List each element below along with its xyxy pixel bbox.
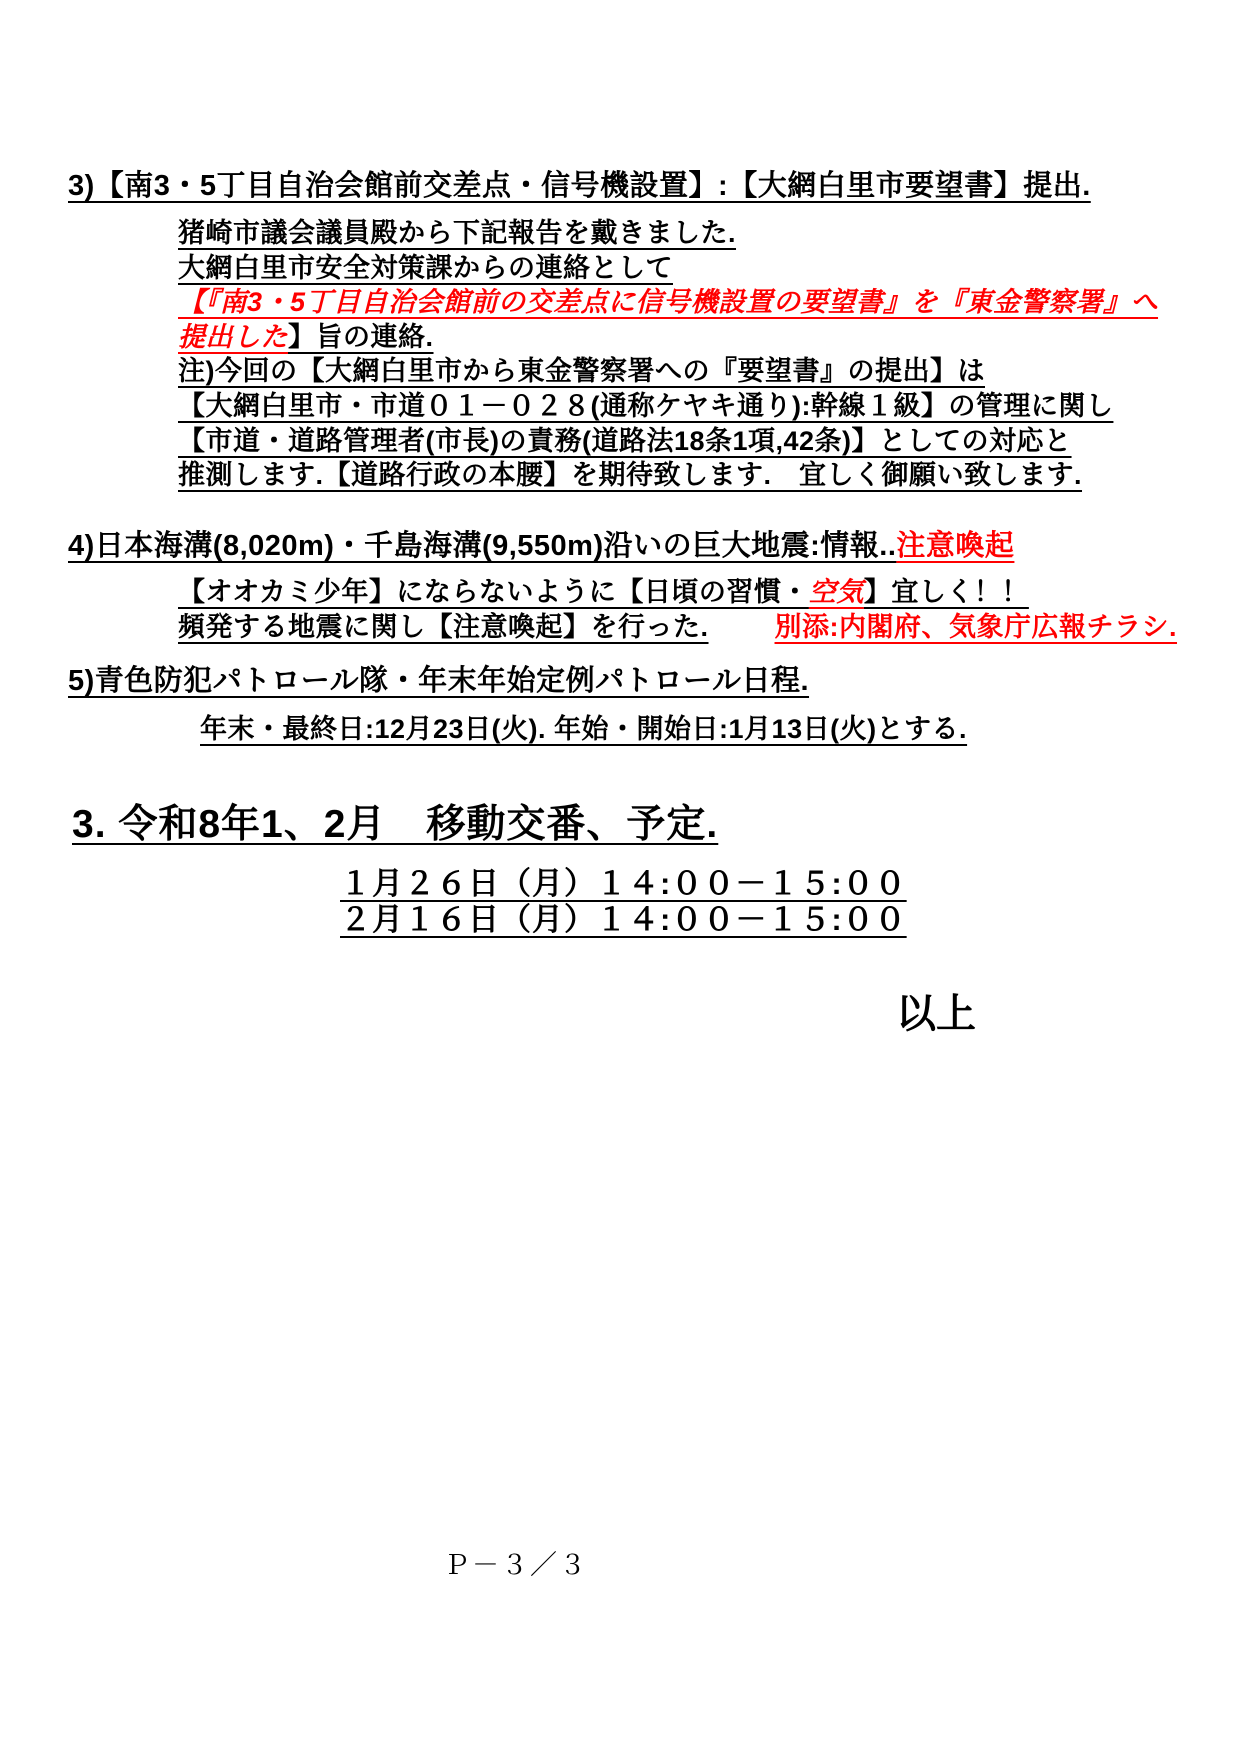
section3-heading-text: 3)【南3・5丁目自治会館前交差点・信号機設置】:【大網白里市要望書】提出.	[68, 170, 1091, 202]
section5-body: 年末・最終日:12月23日(火). 年始・開始日:1月13日(火)とする.	[200, 712, 967, 747]
section3-line-4: 提出した】旨の連絡.	[178, 320, 1158, 355]
schedule-dates: １月２６日（月）１４:００－１５:００ ２月１６日（月）１４:００－１５:００	[340, 866, 907, 938]
red-notice-text-cont: 提出した	[178, 322, 288, 352]
section3-line-5: 注)今回の【大網白里市から東金警察署への『要望書』の提出】は	[178, 354, 1158, 389]
attachment-red-text: 別添:内閣府、気象庁広報チラシ.	[775, 612, 1178, 642]
section4-line-1: 【オオカミ少年】にならないように【日頃の習慣・空気】宜しく！！	[178, 575, 1177, 610]
section-signal-request: 3)【南3・5丁目自治会館前交差点・信号機設置】:【大網白里市要望書】提出. 猪…	[68, 163, 1158, 493]
red-notice-text: 【『南3・5丁目自治会館前の交差点に信号機設置の要望書』を『東金警察署』へ	[178, 287, 1158, 317]
kuuki-red-text: 空気	[809, 577, 864, 607]
alert-red-text: 注意喚起	[896, 530, 1014, 562]
section4-body: 【オオカミ少年】にならないように【日頃の習慣・空気】宜しく！！ 頻発する地震に関…	[178, 575, 1177, 644]
section4-line-2: 頻発する地震に関し【注意喚起】を行った.別添:内閣府、気象庁広報チラシ.	[178, 610, 1177, 645]
schedule-date-2: ２月１６日（月）１４:００－１５:００	[340, 902, 907, 938]
section-patrol-schedule: 5)青色防犯パトロール隊・年末年始定例パトロール日程. 年末・最終日:12月23…	[68, 658, 967, 747]
schedule-heading: 3. 令和8年1、2月 移動交番、予定.	[72, 793, 907, 849]
page-number: Ｐ－３／３	[443, 1543, 588, 1582]
section3-line-8: 推測します.【道路行政の本腰】を期待致します. 宜しく御願い致します.	[178, 458, 1158, 493]
schedule-date-1: １月２６日（月）１４:００－１５:００	[340, 866, 907, 902]
section3-line-6: 【大網白里市・市道０１－０２８(通称ケヤキ通り):幹線１級】の管理に関し	[178, 389, 1158, 424]
section3-body: 猪崎市議会議員殿から下記報告を戴きました. 大網白里市安全対策課からの連絡として…	[178, 216, 1158, 493]
section3-heading: 3)【南3・5丁目自治会館前交差点・信号機設置】:【大網白里市要望書】提出.	[68, 163, 1158, 204]
section3-line-7: 【市道・道路管理者(市長)の責務(道路法18条1項,42条)】としての対応と	[178, 424, 1158, 459]
section-earthquake-alert: 4)日本海溝(8,020m)・千島海溝(9,550m)沿いの巨大地震:情報..注…	[68, 523, 1177, 644]
section4-heading: 4)日本海溝(8,020m)・千島海溝(9,550m)沿いの巨大地震:情報..注…	[68, 523, 1177, 564]
section5-line-1: 年末・最終日:12月23日(火). 年始・開始日:1月13日(火)とする.	[200, 712, 967, 747]
section3-line-3: 【『南3・5丁目自治会館前の交差点に信号機設置の要望書』を『東金警察署』へ	[178, 285, 1158, 320]
section3-line-2: 大網白里市安全対策課からの連絡として	[178, 251, 1158, 286]
closing-ijou: 以上	[896, 982, 976, 1039]
section3-line-1: 猪崎市議会議員殿から下記報告を戴きました.	[178, 216, 1158, 251]
mobile-koban-schedule: 3. 令和8年1、2月 移動交番、予定. １月２６日（月）１４:００－１５:００…	[72, 793, 907, 938]
section5-heading: 5)青色防犯パトロール隊・年末年始定例パトロール日程.	[68, 658, 967, 699]
